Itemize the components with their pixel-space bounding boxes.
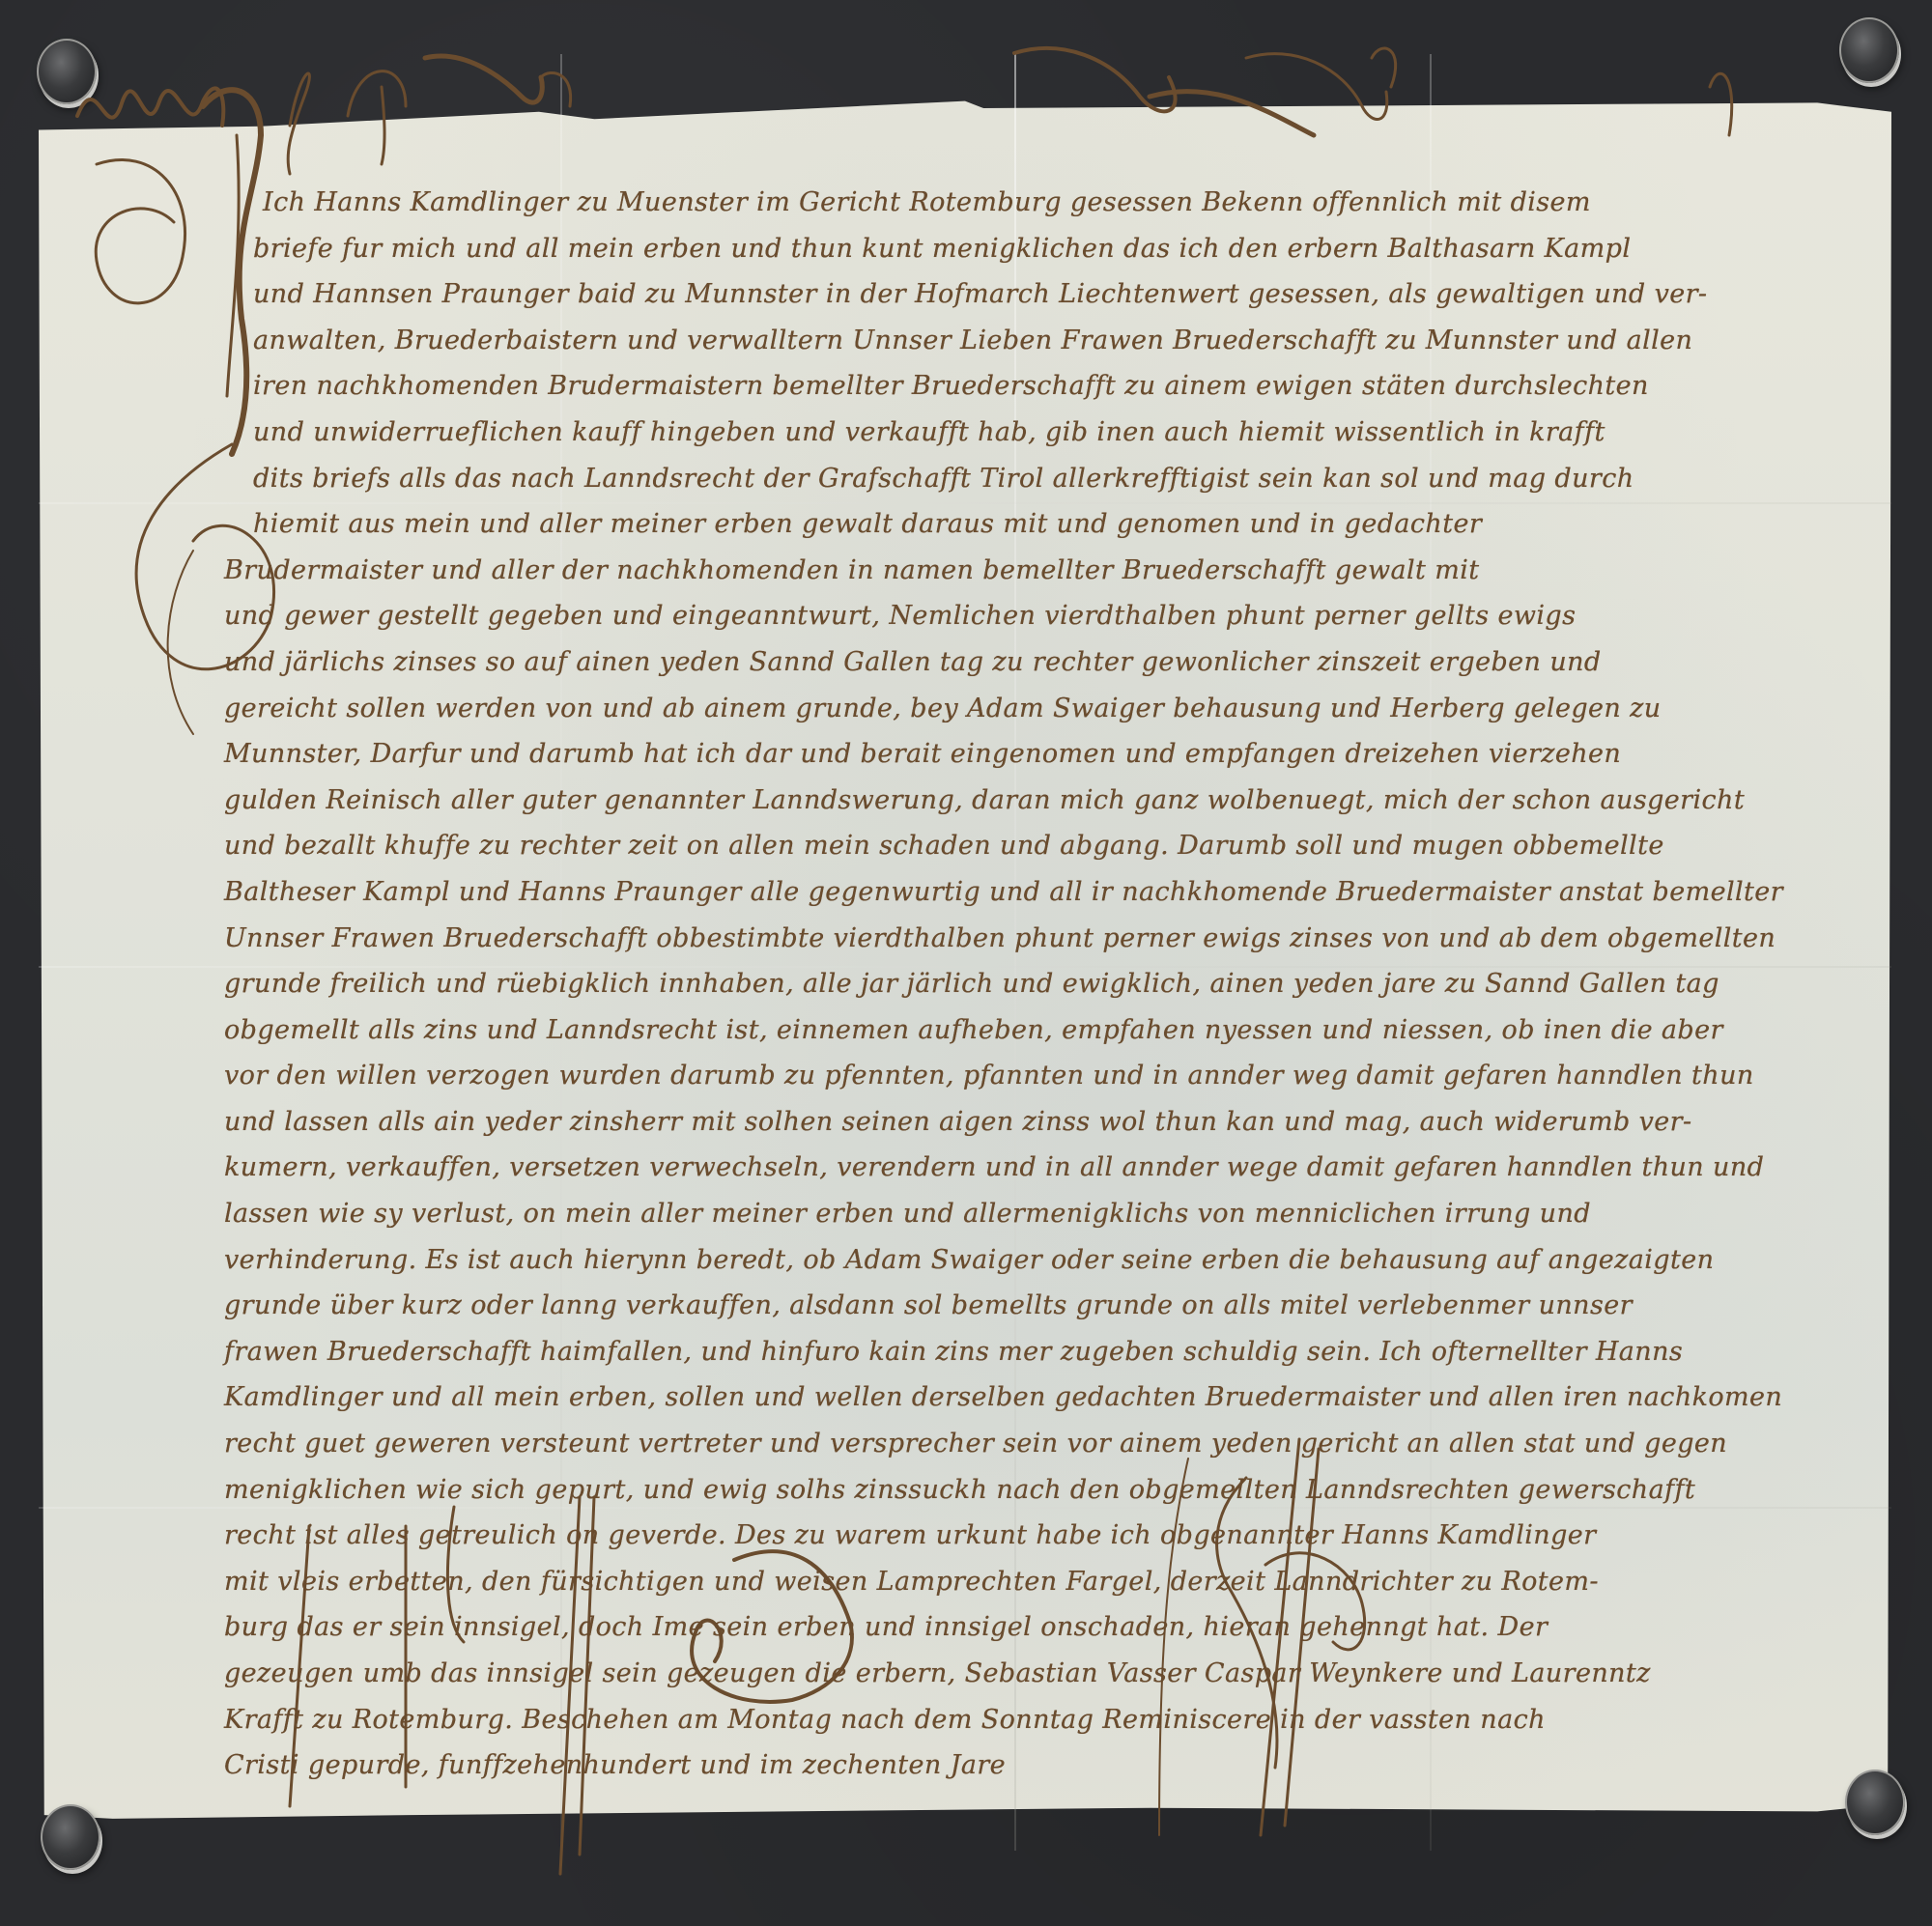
manuscript-line: frawen Bruederschafft haimfallen, und hi… <box>224 1329 1837 1375</box>
manuscript-line: dits briefs alls das nach Lanndsrecht de… <box>253 456 1837 502</box>
manuscript-line: vor den willen verzogen wurden darumb zu… <box>224 1053 1837 1099</box>
manuscript-line: Baltheser Kampl und Hanns Praunger alle … <box>224 869 1837 916</box>
manuscript-line: gulden Reinisch aller guter genannter La… <box>224 778 1837 824</box>
manuscript-line: kumern, verkauffen, versetzen verwechsel… <box>224 1145 1837 1191</box>
manuscript-line: und unwiderrueflichen kauff hingeben und… <box>253 410 1837 456</box>
manuscript-line: und Hannsen Praunger baid zu Munnster in… <box>253 271 1837 318</box>
manuscript-line: gereicht sollen werden von und ab ainem … <box>224 686 1837 732</box>
manuscript-line: grunde freilich und rüebigklich innhaben… <box>224 961 1837 1007</box>
manuscript-line: recht guet geweren versteunt vertreter u… <box>224 1421 1837 1467</box>
manuscript-line: hiemit aus mein und aller meiner erben g… <box>253 501 1837 548</box>
mounting-pin-bottom-left <box>41 1804 100 1870</box>
manuscript-line: Munnster, Darfur und darumb hat ich dar … <box>224 731 1837 778</box>
manuscript-line: Brudermaister und aller der nachkhomende… <box>224 548 1837 594</box>
manuscript-line: verhinderung. Es ist auch hierynn beredt… <box>224 1237 1837 1284</box>
manuscript-line: grunde über kurz oder lanng verkauffen, … <box>224 1283 1837 1329</box>
manuscript-line: briefe fur mich und all mein erben und t… <box>253 226 1837 272</box>
manuscript-line: und gewer gestellt gegeben und eingeannt… <box>224 593 1837 639</box>
manuscript-line: recht ist alles getreulich on geverde. D… <box>224 1513 1837 1559</box>
manuscript-line: burg das er sein innsigel, doch Ime sein… <box>224 1604 1837 1651</box>
manuscript-line: obgemellt alls zins und Lanndsrecht ist,… <box>224 1007 1837 1054</box>
manuscript-line: anwalten, Bruederbaistern und verwallter… <box>253 318 1837 364</box>
manuscript-text-body: Ich Hanns Kamdlinger zu Muenster im Geri… <box>253 180 1837 1789</box>
manuscript-line: Cristi gepurde, funffzehenhundert und im… <box>224 1742 1837 1789</box>
manuscript-line: Krafft zu Rotemburg. Beschehen am Montag… <box>224 1697 1837 1743</box>
manuscript-line: gezeugen umb das innsigel sein gezeugen … <box>224 1651 1837 1697</box>
manuscript-line: Unnser Frawen Bruederschafft obbestimbte… <box>224 916 1837 962</box>
manuscript-line: iren nachkhomenden Brudermaistern bemell… <box>253 363 1837 410</box>
manuscript-line: lassen wie sy verlust, on mein aller mei… <box>224 1191 1837 1237</box>
mounting-pin-top-left <box>37 39 97 104</box>
manuscript-line: Ich Hanns Kamdlinger zu Muenster im Geri… <box>263 180 1837 226</box>
manuscript-line: menigklichen wie sich gepurt, und ewig s… <box>224 1467 1837 1514</box>
manuscript-line: und bezallt khuffe zu rechter zeit on al… <box>224 823 1837 869</box>
manuscript-line: und järlichs zinses so auf ainen yeden S… <box>224 639 1837 686</box>
mounting-pin-top-right <box>1839 17 1899 83</box>
mounting-pin-bottom-right <box>1845 1770 1905 1835</box>
manuscript-line: Kamdlinger und all mein erben, sollen un… <box>224 1374 1837 1421</box>
manuscript-line: mit vleis erbetten, den fürsichtigen und… <box>224 1559 1837 1605</box>
manuscript-line: und lassen alls ain yeder zinsherr mit s… <box>224 1099 1837 1146</box>
